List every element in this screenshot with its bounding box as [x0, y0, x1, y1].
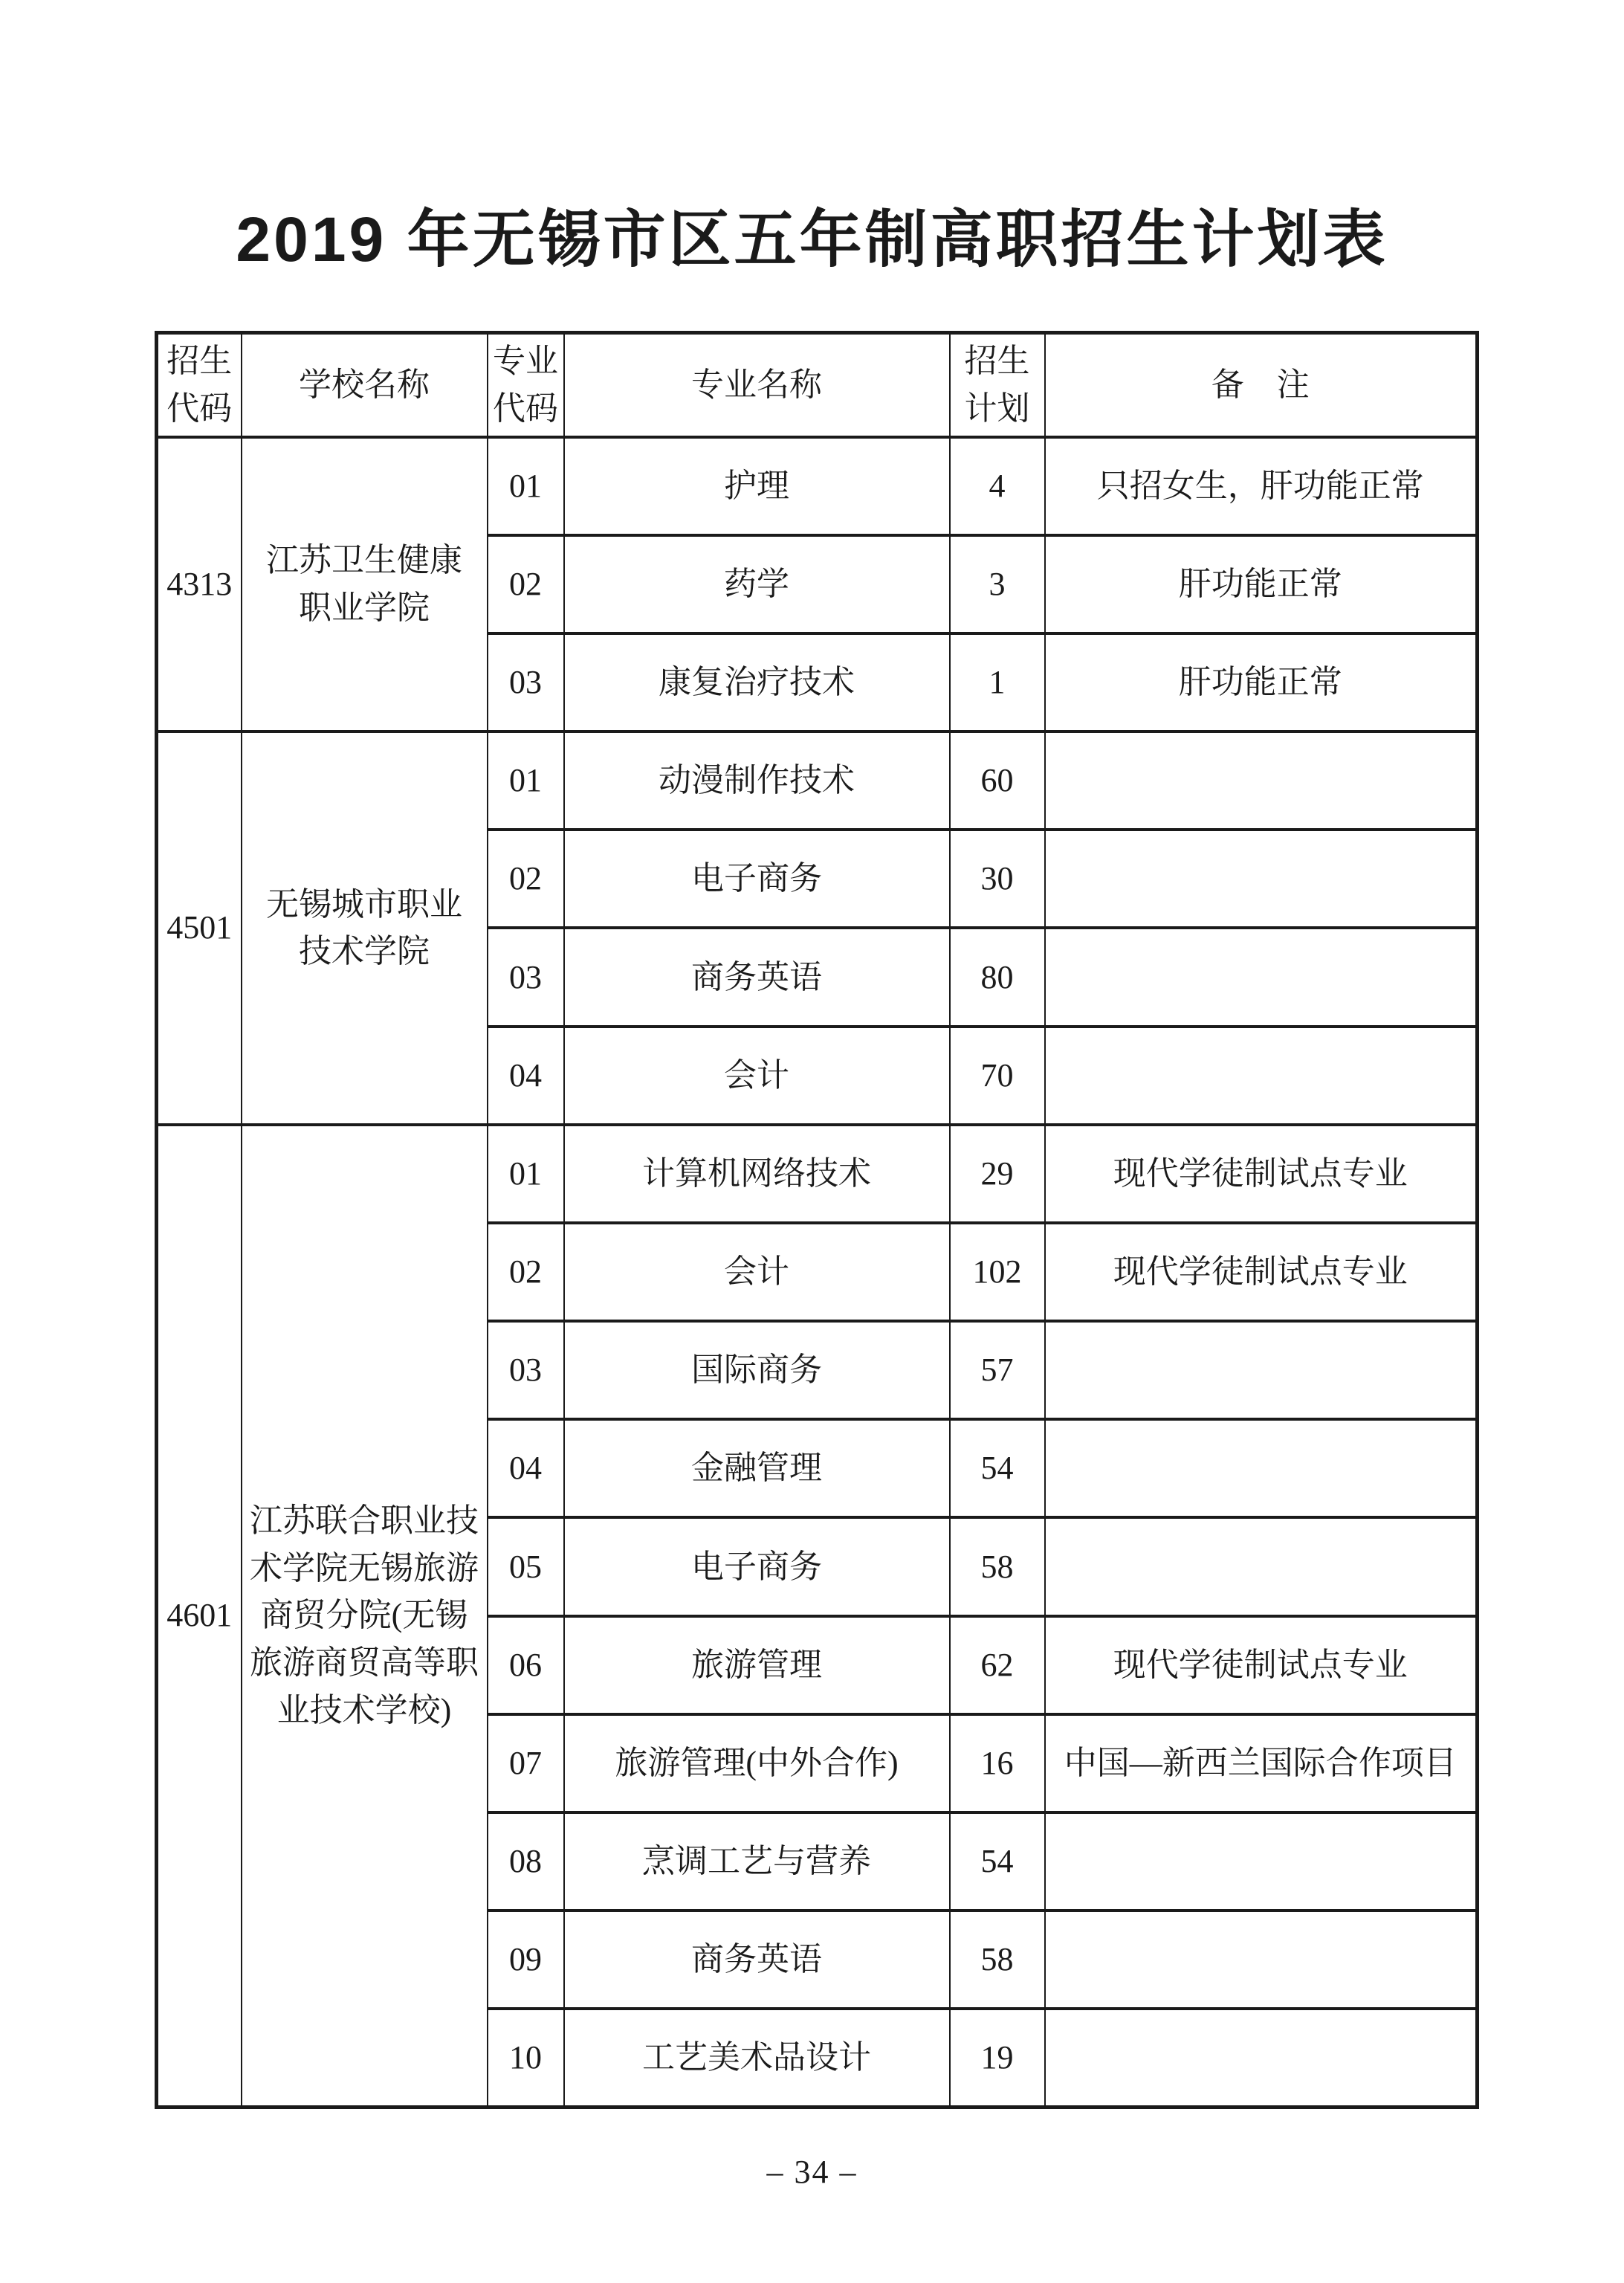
- major-name: 护理: [564, 437, 950, 535]
- major-name: 旅游管理: [564, 1616, 950, 1714]
- plan-count: 19: [950, 2009, 1045, 2107]
- plan-count: 4: [950, 437, 1045, 535]
- major-code: 02: [488, 830, 564, 928]
- remark: [1045, 830, 1478, 928]
- school-name: 无锡城市职业 技术学院: [242, 732, 488, 1125]
- major-name: 计算机网络技术: [564, 1125, 950, 1223]
- major-name: 药学: [564, 535, 950, 633]
- major-name: 金融管理: [564, 1419, 950, 1517]
- plan-count: 57: [950, 1321, 1045, 1419]
- major-code: 03: [488, 633, 564, 732]
- major-code: 03: [488, 928, 564, 1026]
- major-name: 电子商务: [564, 1517, 950, 1615]
- remark: [1045, 1911, 1478, 2009]
- plan-count: 60: [950, 732, 1045, 830]
- school-name: 江苏联合职业技 术学院无锡旅游 商贸分院(无锡 旅游商贸高等职 业技术学校): [242, 1125, 488, 2108]
- plan-count: 102: [950, 1223, 1045, 1321]
- major-name: 会计: [564, 1027, 950, 1125]
- major-code: 05: [488, 1517, 564, 1615]
- remark: 现代学徒制试点专业: [1045, 1223, 1478, 1321]
- major-name: 商务英语: [564, 928, 950, 1026]
- major-name: 动漫制作技术: [564, 732, 950, 830]
- remark: 肝功能正常: [1045, 633, 1478, 732]
- major-code: 02: [488, 535, 564, 633]
- table-row: 4313 江苏卫生健康 职业学院 01 护理 4 只招女生，肝功能正常: [157, 437, 1478, 535]
- major-code: 08: [488, 1812, 564, 1911]
- header-school-name: 学校名称: [242, 333, 488, 437]
- major-name: 电子商务: [564, 830, 950, 928]
- remark: [1045, 1812, 1478, 1911]
- remark: [1045, 2009, 1478, 2107]
- table-row: 4501 无锡城市职业 技术学院 01 动漫制作技术 60: [157, 732, 1478, 830]
- remark: 肝功能正常: [1045, 535, 1478, 633]
- plan-count: 58: [950, 1517, 1045, 1615]
- remark: [1045, 732, 1478, 830]
- plan-count: 30: [950, 830, 1045, 928]
- plan-count: 62: [950, 1616, 1045, 1714]
- major-code: 07: [488, 1714, 564, 1812]
- major-code: 04: [488, 1027, 564, 1125]
- school-name: 江苏卫生健康 职业学院: [242, 437, 488, 732]
- enrollment-plan-table: 招生 代码 学校名称 专业 代码 专业名称 招生 计划 备 注 4313 江苏卫…: [155, 331, 1479, 2109]
- plan-count: 29: [950, 1125, 1045, 1223]
- major-name: 国际商务: [564, 1321, 950, 1419]
- major-code: 03: [488, 1321, 564, 1419]
- plan-count: 16: [950, 1714, 1045, 1812]
- major-name: 烹调工艺与营养: [564, 1812, 950, 1911]
- header-remarks: 备 注: [1045, 333, 1478, 437]
- table-header-row: 招生 代码 学校名称 专业 代码 专业名称 招生 计划 备 注: [157, 333, 1478, 437]
- school-code: 4601: [157, 1125, 242, 2108]
- remark: 现代学徒制试点专业: [1045, 1125, 1478, 1223]
- plan-count: 70: [950, 1027, 1045, 1125]
- plan-count: 54: [950, 1812, 1045, 1911]
- table-row: 4601 江苏联合职业技 术学院无锡旅游 商贸分院(无锡 旅游商贸高等职 业技术…: [157, 1125, 1478, 1223]
- major-code: 10: [488, 2009, 564, 2107]
- header-major-code: 专业 代码: [488, 333, 564, 437]
- remark: [1045, 928, 1478, 1026]
- major-code: 01: [488, 437, 564, 535]
- school-code: 4313: [157, 437, 242, 732]
- major-code: 06: [488, 1616, 564, 1714]
- page-number: – 34 –: [0, 2153, 1624, 2191]
- remark: 只招女生，肝功能正常: [1045, 437, 1478, 535]
- plan-count: 1: [950, 633, 1045, 732]
- major-code: 02: [488, 1223, 564, 1321]
- major-name: 会计: [564, 1223, 950, 1321]
- major-name: 工艺美术品设计: [564, 2009, 950, 2107]
- page-title: 2019 年无锡市区五年制高职招生计划表: [0, 208, 1624, 271]
- header-enroll-code: 招生 代码: [157, 333, 242, 437]
- major-code: 01: [488, 1125, 564, 1223]
- plan-count: 80: [950, 928, 1045, 1026]
- major-code: 04: [488, 1419, 564, 1517]
- plan-count: 3: [950, 535, 1045, 633]
- remark: [1045, 1321, 1478, 1419]
- header-enroll-plan: 招生 计划: [950, 333, 1045, 437]
- major-name: 商务英语: [564, 1911, 950, 2009]
- remark: 现代学徒制试点专业: [1045, 1616, 1478, 1714]
- major-name: 旅游管理(中外合作): [564, 1714, 950, 1812]
- school-code: 4501: [157, 732, 242, 1125]
- document-page: 2019 年无锡市区五年制高职招生计划表 招生 代码 学校名称 专业 代码 专业…: [0, 0, 1624, 2283]
- remark: [1045, 1517, 1478, 1615]
- plan-count: 54: [950, 1419, 1045, 1517]
- major-code: 01: [488, 732, 564, 830]
- major-code: 09: [488, 1911, 564, 2009]
- plan-count: 58: [950, 1911, 1045, 2009]
- remark: 中国—新西兰国际合作项目: [1045, 1714, 1478, 1812]
- remark: [1045, 1419, 1478, 1517]
- major-name: 康复治疗技术: [564, 633, 950, 732]
- header-major-name: 专业名称: [564, 333, 950, 437]
- remark: [1045, 1027, 1478, 1125]
